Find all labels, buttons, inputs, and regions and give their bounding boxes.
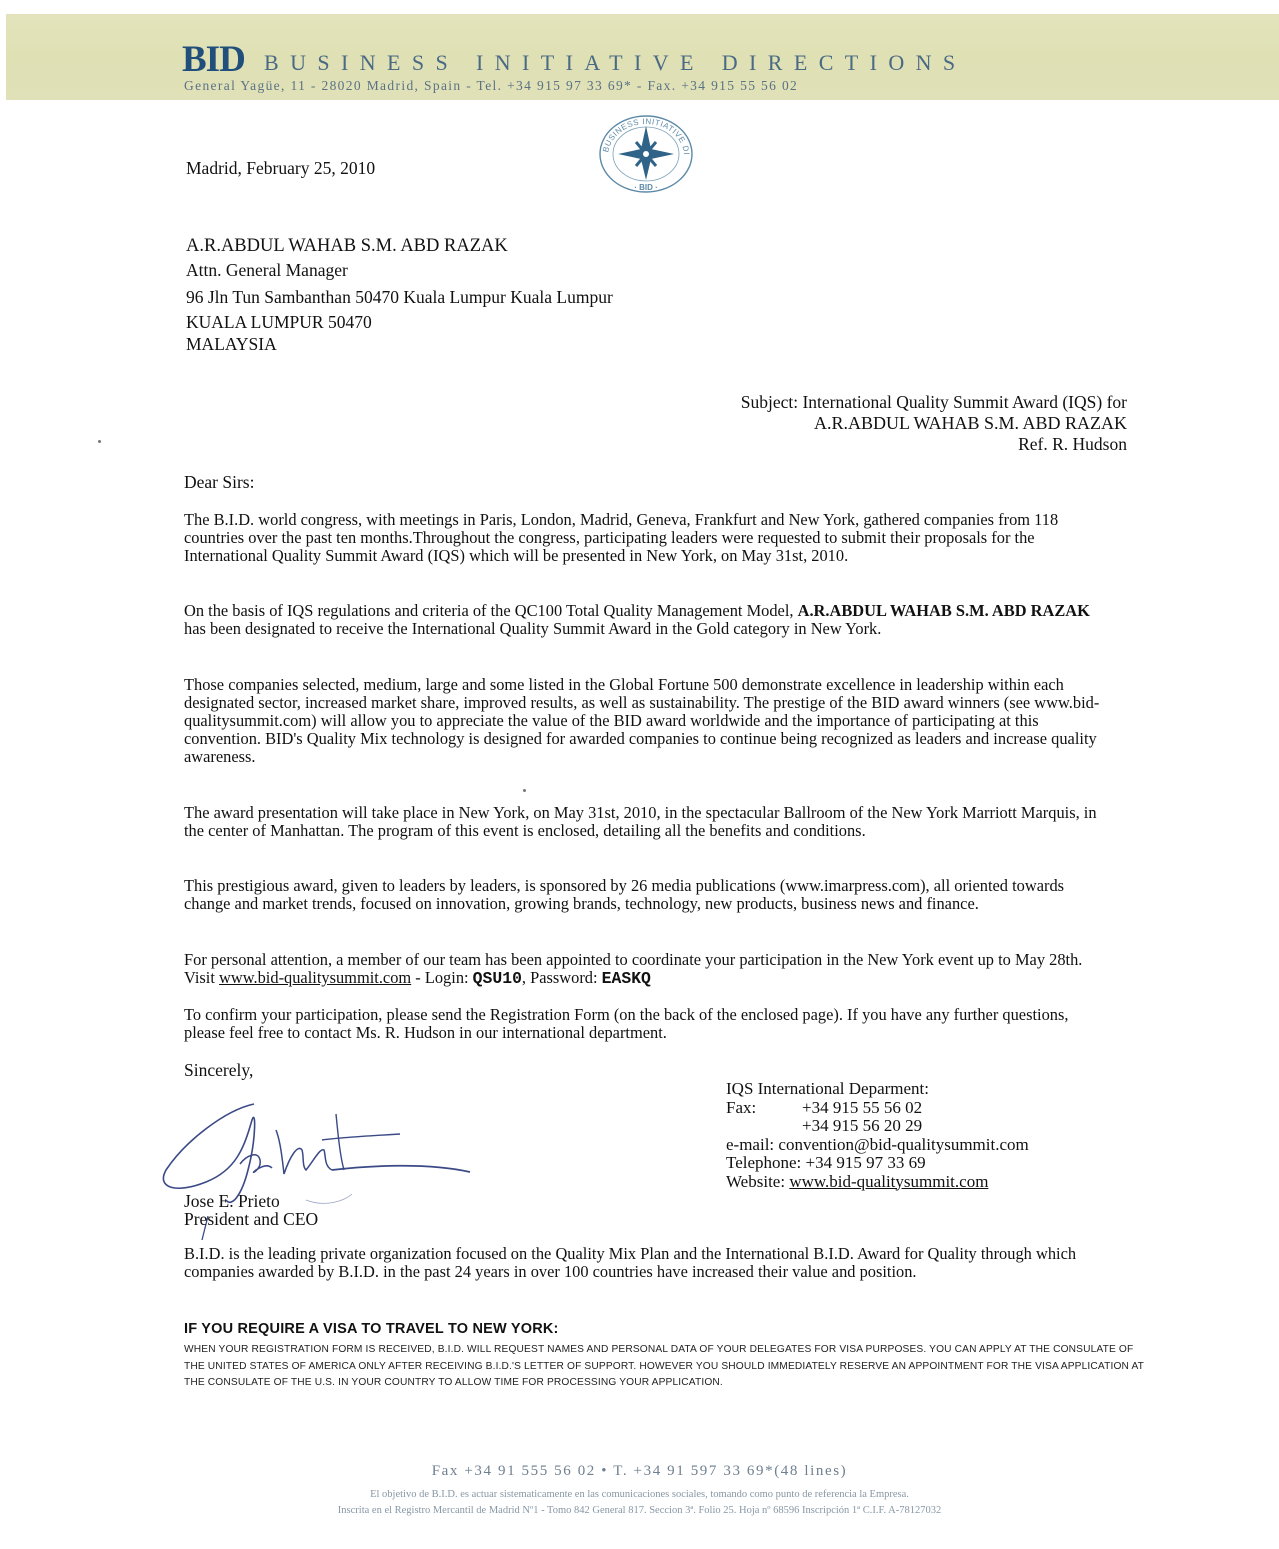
scan-speck [523,789,526,792]
letter-date: Madrid, February 25, 2010 [186,156,375,180]
subject-reference: Ref. R. Hudson [1018,432,1127,456]
closing: Sincerely, [184,1058,253,1082]
fax-number-1: +34 915 55 56 02 [802,1098,922,1117]
bid-seal-icon: BUSINESS INITIATIVE DIRECTIONS · BID · [598,114,694,194]
password-value: EASKQ [602,970,651,989]
login-label: - Login: [411,968,473,987]
paragraph-text: On the basis of IQS regulations and crit… [184,601,798,620]
salutation: Dear Sirs: [184,470,254,494]
recipient-country: MALAYSIA [186,332,277,356]
letterhead-address: General Yagüe, 11 - 28020 Madrid, Spain … [184,78,798,94]
footer-contact-line: Fax +34 91 555 56 02 • T. +34 91 597 33 … [0,1463,1279,1480]
password-label: , Password: [522,968,602,987]
awardee-name: A.R.ABDUL WAHAB S.M. ABD RAZAK [798,601,1090,620]
email-address[interactable]: convention@bid-qualitysummit.com [778,1135,1028,1154]
visa-heading: IF YOU REQUIRE A VISA TO TRAVEL TO NEW Y… [184,1321,559,1337]
website-label: Website: [726,1172,789,1191]
login-value: QSU10 [473,970,522,989]
brand-logo-text: BID [182,38,245,81]
paragraph-presentation: The award presentation will take place i… [184,804,1110,840]
visa-notice: WHEN YOUR REGISTRATION FORM IS RECEIVED,… [184,1342,1144,1392]
contact-block: IQS International Deparment: Fax:+34 915… [726,1080,1029,1191]
recipient-address-2: KUALA LUMPUR 50470 [186,310,372,334]
signatory-title: President and CEO [184,1207,318,1231]
fax-label: Fax: [726,1099,802,1118]
paragraph-designation: On the basis of IQS regulations and crit… [184,602,1110,638]
paragraph-congress: The B.I.D. world congress, with meetings… [184,511,1110,565]
paragraph-companies: Those companies selected, medium, large … [184,676,1110,766]
paragraph-personal-attention: For personal attention, a member of our … [184,951,1110,989]
telephone: Telephone: +34 915 97 33 69 [726,1154,1029,1173]
email-label: e-mail: [726,1135,778,1154]
contact-website-link[interactable]: www.bid-qualitysummit.com [789,1172,988,1191]
company-name: BUSINESS INITIATIVE DIRECTIONS [264,50,967,76]
recipient-name: A.R.ABDUL WAHAB S.M. ABD RAZAK [186,234,508,258]
paragraph-confirm: To confirm your participation, please se… [184,1006,1110,1042]
scan-speck [98,440,101,443]
paragraph-text: has been designated to receive the Inter… [184,619,881,638]
svg-text:· BID ·: · BID · [634,183,658,192]
website-link[interactable]: www.bid-qualitysummit.com [219,968,411,987]
recipient-attn: Attn. General Manager [186,258,348,282]
paragraph-sponsors: This prestigious award, given to leaders… [184,877,1110,913]
footer-registry: Inscrita en el Registro Mercantil de Mad… [0,1505,1279,1516]
paragraph-about-bid: B.I.D. is the leading private organizati… [184,1245,1110,1281]
fax-number-2: +34 915 56 20 29 [802,1116,922,1135]
footer-mission: El objetivo de B.I.D. es actuar sistemat… [0,1489,1279,1500]
recipient-address-1: 96 Jln Tun Sambanthan 50470 Kuala Lumpur… [186,285,613,309]
contact-heading: IQS International Deparment: [726,1080,1029,1099]
